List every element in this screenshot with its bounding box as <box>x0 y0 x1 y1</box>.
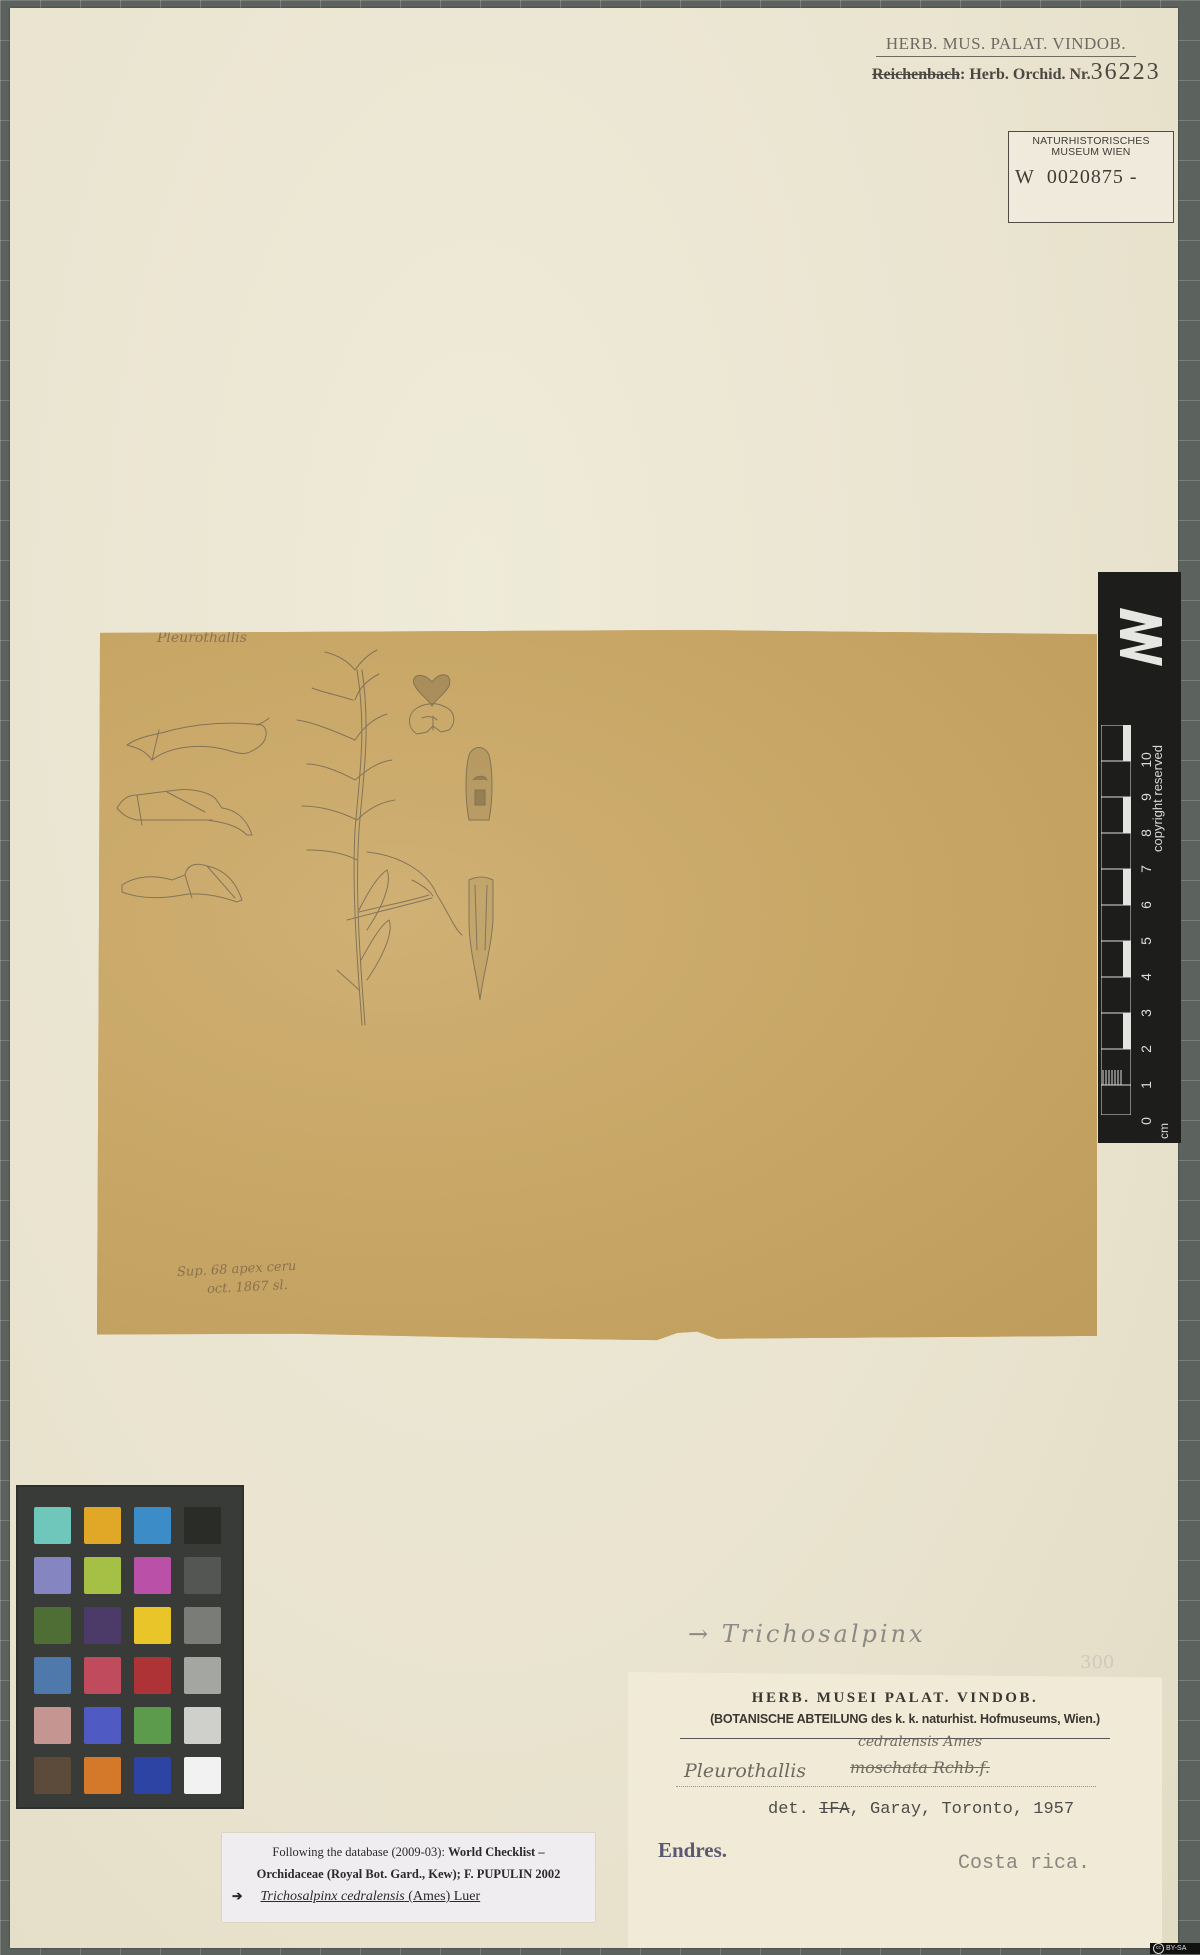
ruler-tick-2: 2 <box>1138 1045 1154 1053</box>
handwritten-annotation: → Trichosalpinx <box>688 1620 926 1648</box>
arrow-right-icon: ➔ <box>232 1889 242 1903</box>
color-calibration-chart <box>16 1485 244 1809</box>
det-struck: IFA <box>819 1800 850 1819</box>
color-patch <box>134 1757 171 1794</box>
ruler-tick-7: 7 <box>1138 865 1154 873</box>
color-patch <box>134 1707 171 1744</box>
slip-line2: Orchidaceae (Royal Bot. Gard., Kew); F. … <box>222 1863 595 1885</box>
label-genus: Pleurothallis <box>684 1760 806 1782</box>
collection-number: 36223 <box>1091 59 1161 85</box>
museum-name-line2: MUSEUM WIEN <box>1009 147 1173 158</box>
flower-front-drawing <box>466 748 492 821</box>
ruler-tick-9: 9 <box>1138 793 1154 801</box>
scale-bar: copyright reserved 0 1 2 3 4 5 6 7 8 9 1… <box>1098 572 1181 1143</box>
perianth-tube-drawing <box>469 877 493 1000</box>
institution-w-logo-icon <box>1116 600 1166 670</box>
ruler-tick-0: 0 <box>1138 1117 1154 1125</box>
label-locality: Costa rica. <box>958 1852 1090 1875</box>
catalog-number-value: 0020875 <box>1047 166 1124 188</box>
color-patch <box>184 1607 221 1644</box>
lip-heart-drawing <box>413 675 449 706</box>
flower-spray-drawing <box>347 852 462 935</box>
slip-line1-text: Following the database (2009-03): <box>272 1845 448 1859</box>
label-species-new: cedralensis Ames <box>858 1734 982 1750</box>
ruler-tick-5: 5 <box>1138 937 1154 945</box>
herbarium-label: HERB. MUSEI PALAT. VINDOB. (BOTANISCHE A… <box>628 1672 1162 1948</box>
color-patch <box>84 1607 121 1644</box>
plant-habit-drawing <box>297 650 395 1025</box>
label-title: HERB. MUSEI PALAT. VINDOB. <box>628 1690 1162 1707</box>
herbarium-stamp-title: HERB. MUS. PALAT. VINDOB. <box>876 34 1136 57</box>
herbarium-stamp: HERB. MUS. PALAT. VINDOB. Reichenbach: H… <box>872 34 1182 86</box>
color-patch <box>34 1507 71 1544</box>
herbarium-stamp-collection: Reichenbach: Herb. Orchid. Nr.36223 <box>872 59 1182 86</box>
catalog-number: W0020875 - <box>1015 166 1173 189</box>
label-dotted-line <box>676 1786 1096 1787</box>
ruler-tick-8: 8 <box>1138 829 1154 837</box>
slip-line1: Following the database (2009-03): World … <box>222 1833 595 1863</box>
slip-line1-bold: World Checklist – <box>448 1845 545 1859</box>
color-patch <box>34 1607 71 1644</box>
pencil-number: 300 <box>1080 1652 1114 1673</box>
taxon-italic: Trichosalpinx cedralensis <box>260 1889 404 1904</box>
orchid-pencil-drawings <box>97 630 1097 1343</box>
slip-line3: ➔Trichosalpinx cedralensis (Ames) Luer <box>222 1885 595 1908</box>
color-patch <box>84 1507 121 1544</box>
label-species-old: moschata Rchb.f. <box>850 1758 990 1777</box>
centimeter-ruler <box>1101 725 1131 1115</box>
color-patch <box>134 1557 171 1594</box>
catalog-prefix: W <box>1015 166 1035 188</box>
flower-side-drawing-3 <box>122 864 242 902</box>
color-patch <box>184 1707 221 1744</box>
det-prefix: det. <box>768 1800 819 1819</box>
det-rest: , Garay, Toronto, 1957 <box>850 1800 1074 1819</box>
label-subtitle: (BOTANISCHE ABTEILUNG des k. k. naturhis… <box>638 1712 1172 1726</box>
license-badge: ccBY-SA <box>1150 1943 1200 1954</box>
museum-barcode-box: NATURHISTORISCHES MUSEUM WIEN W0020875 - <box>1008 131 1174 223</box>
label-determination: det. IFA, Garay, Toronto, 1957 <box>768 1800 1074 1819</box>
ruler-unit: cm <box>1157 1123 1171 1139</box>
color-patch <box>84 1707 121 1744</box>
color-patch <box>34 1557 71 1594</box>
ruler-tick-1: 1 <box>1138 1081 1154 1089</box>
determination-slip: Following the database (2009-03): World … <box>222 1833 595 1922</box>
color-patch <box>184 1657 221 1694</box>
slip-line2-text: Orchidaceae (Royal Bot. Gard., Kew); F. … <box>257 1867 561 1881</box>
color-patch <box>184 1557 221 1594</box>
color-patch <box>134 1657 171 1694</box>
ruler-tick-4: 4 <box>1138 973 1154 981</box>
catalog-trailing: - <box>1130 166 1138 188</box>
color-patch <box>34 1657 71 1694</box>
museum-name: NATURHISTORISCHES MUSEUM WIEN <box>1009 136 1173 158</box>
license-text: BY-SA <box>1166 1945 1186 1952</box>
color-patch <box>34 1707 71 1744</box>
ruler-tick-10: 10 <box>1138 752 1154 768</box>
collection-name: Reichenbach <box>872 66 960 83</box>
color-patch <box>184 1757 221 1794</box>
ruler-tick-6: 6 <box>1138 901 1154 909</box>
label-collector: Endres. <box>658 1838 727 1863</box>
creative-commons-icon: cc <box>1153 1943 1164 1954</box>
collection-suffix: : Herb. Orchid. Nr. <box>960 66 1091 83</box>
color-patch <box>84 1757 121 1794</box>
color-patch <box>84 1657 121 1694</box>
color-patch <box>34 1757 71 1794</box>
ruler-tick-3: 3 <box>1138 1009 1154 1017</box>
flower-side-drawing-1 <box>127 723 266 760</box>
column-front-drawing <box>410 704 454 734</box>
accepted-taxon-name: Trichosalpinx cedralensis (Ames) Luer <box>260 1889 480 1904</box>
color-patch <box>184 1507 221 1544</box>
color-patch <box>134 1507 171 1544</box>
color-patch <box>134 1607 171 1644</box>
botanical-drawing-paper: Pleurothallis Sup. 68 apex ceru oct. 186… <box>97 630 1097 1343</box>
taxon-author: (Ames) Luer <box>405 1889 480 1904</box>
color-patch <box>84 1557 121 1594</box>
